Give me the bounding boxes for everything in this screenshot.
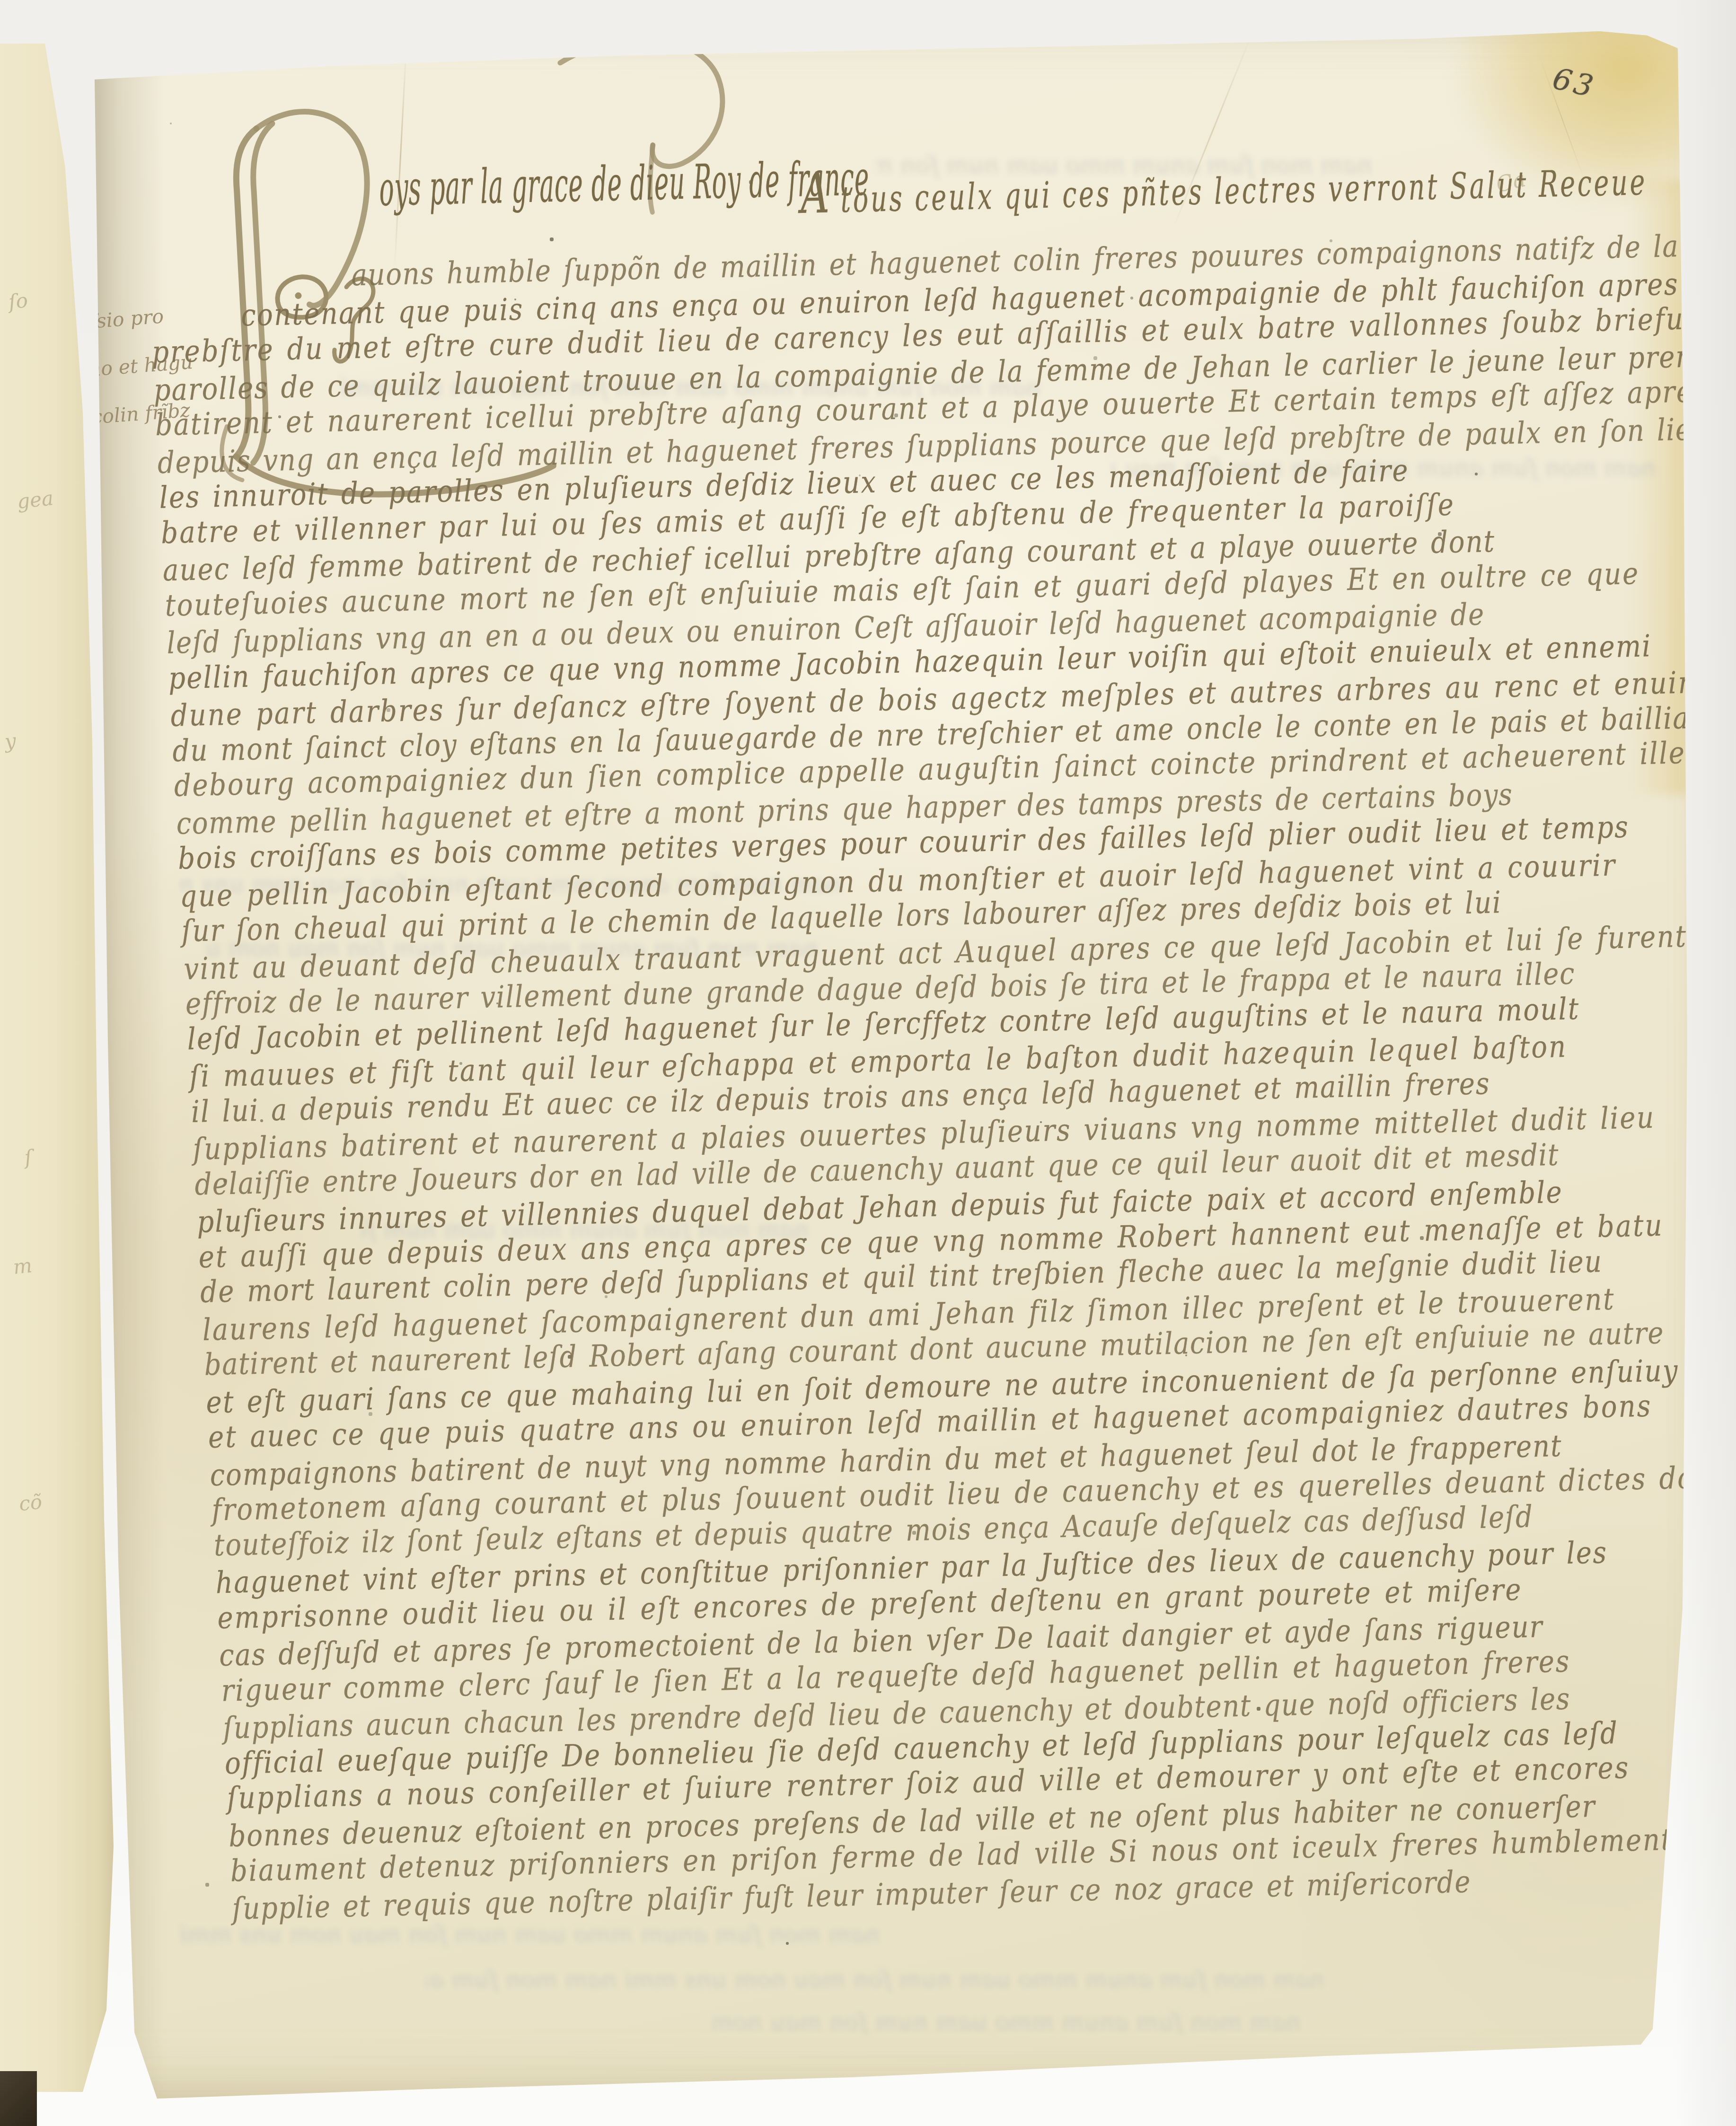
- facing-page-ink-fragment: cõ: [18, 1490, 44, 1516]
- facing-page-ink-fragment: gea: [16, 486, 54, 513]
- facing-page-ink-fragment: ſo: [8, 289, 29, 314]
- facing-page-ink-fragment: m: [12, 1254, 34, 1279]
- facing-page-ink-fragment: y: [4, 729, 18, 753]
- parchment-page: nam mon ſum anum mmo uam num ſon mau nom…: [0, 0, 1736, 2126]
- facing-page-ink-fragment: ſ: [23, 1145, 33, 1169]
- manuscript-photo: ſogeayſmcõ nam mon ſum anum mmo uam num …: [0, 0, 1736, 2126]
- ink-layer: Remiſsio pro maillino et hagu neto colin…: [0, 0, 1736, 2126]
- royal-style-text: oys par la grace de dieu Roy de france: [379, 151, 870, 217]
- binding-board-corner: [0, 2071, 37, 2126]
- manuscript-text-block: auons humble ſuppõn de maillin et haguen…: [148, 230, 1726, 1928]
- address-clause-text: A tous ceulx qui ces pñtes lectres verro…: [800, 143, 1648, 227]
